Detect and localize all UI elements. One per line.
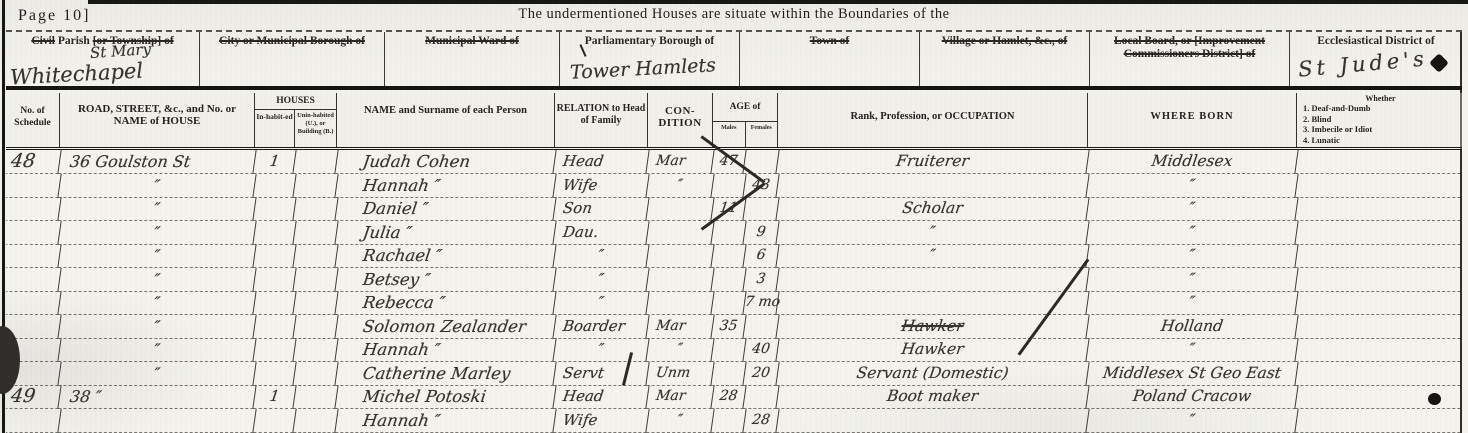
village-label: Village or Hamlet, &c., of [924,35,1085,48]
cell-uninhabited [293,268,338,292]
cell-road: ″ [58,244,256,268]
cell-uninhabited [293,409,338,433]
cell-relation: ″ [553,244,649,268]
cell-relation: Wife [553,409,649,433]
cell-condition: ″ [646,409,714,433]
municipal-ward-label: Municipal Ward of [389,35,555,48]
cell-condition: ″ [646,338,714,362]
cell-inhabited [253,362,296,386]
cell-name: Hannah ″ [335,409,556,433]
cell-born: ″ [1086,197,1298,221]
cell-age_f: 9 [743,221,779,245]
cell-uninhabited [293,244,338,268]
cell-schedule [6,268,62,292]
cell-inhabited [253,338,296,362]
cell-uninhabited [293,174,338,198]
cell-inhabited [253,174,296,198]
cell-uninhabited [293,197,338,221]
cell-name: Daniel ″ [335,197,556,221]
disability-item-1: 1. Deaf-and-Dumb [1303,103,1458,114]
cell-relation: Head [553,150,649,174]
cell-born: ″ [1086,291,1298,315]
cell-condition: Mar [646,385,714,409]
civil-parish-label-pre: Civil [31,35,55,47]
cell-disability [1295,150,1462,174]
cell-condition: ″ [646,174,714,198]
cell-schedule: 48 [6,150,62,174]
cell-relation: Wife [553,174,649,198]
cell-name: Michel Potoski [335,385,556,409]
cell-disability [1295,244,1462,268]
cell-condition [646,244,714,268]
cell-schedule [6,244,62,268]
cell-condition [646,197,714,221]
col-header-uninhabited: Unin-habited (U.), or Building (B.) [295,110,336,147]
cell-born: ″ [1086,221,1298,245]
ink-blot [1428,393,1441,405]
cell-road: ″ [58,315,256,339]
cell-inhabited [253,315,296,339]
cell-age_m [711,174,746,198]
district-box-local-board: Local Board, or [Improvement Commissione… [1090,32,1290,86]
col-header-where-born: WHERE BORN [1088,93,1297,147]
cell-road: ″ [58,338,256,362]
cell-condition: Mar [646,315,714,339]
cell-occupation [776,291,1089,315]
disability-item-4: 4. Lunatic [1303,135,1458,146]
cell-inhabited: 1 [253,385,296,409]
cell-disability [1295,291,1462,315]
col-header-road: ROAD, STREET, &c., and No. or NAME of HO… [60,93,255,147]
cell-disability [1295,221,1462,245]
cell-schedule: 49 [6,385,62,409]
civil-parish-label-mid: Parish [58,35,90,47]
cell-born: Holland [1086,315,1298,339]
cell-disability [1295,409,1462,433]
town-label: Town of [744,35,915,48]
cell-name: Hannah ″ [335,338,556,362]
district-box-municipal-ward: Municipal Ward of [385,32,560,86]
cell-road: ″ [58,174,256,198]
cell-age_m [711,221,746,245]
disability-item-3: 3. Imbecile or Idiot [1303,124,1458,135]
cell-occupation [776,174,1089,198]
cell-name: Julia ″ [335,221,556,245]
cell-disability [1295,315,1462,339]
cell-age_f: 3 [743,268,779,292]
cell-occupation: Servant (Domestic) [776,362,1089,386]
cell-uninhabited [293,362,338,386]
cell-age_m: 28 [711,385,746,409]
cell-road: 38 ″ [58,385,256,409]
cell-disability [1295,362,1462,386]
col-header-occupation: Rank, Profession, or OCCUPATION [778,93,1088,147]
cell-born: ″ [1086,268,1298,292]
cell-inhabited [253,221,296,245]
cell-born: ″ [1086,409,1298,433]
col-header-females: Females [746,122,778,147]
cell-inhabited [253,244,296,268]
cell-road: ″ [58,362,256,386]
cell-age_f [743,385,779,409]
cell-age_f: 28 [743,409,779,433]
cell-born: ″ [1086,244,1298,268]
district-box-municipal-borough: City or Municipal Borough of [200,32,385,86]
cell-name: Hannah ″ [335,174,556,198]
page-heading: The undermentioned Houses are situate wi… [0,6,1468,23]
cell-relation: Son [553,197,649,221]
parliamentary-borough-label: Parliamentary Borough of [564,35,735,48]
col-header-houses-group: HOUSES In-habit-ed Unin-habited (U.), or… [255,93,337,147]
cell-age_f [743,197,779,221]
municipal-borough-label: City or Municipal Borough of [204,35,380,48]
cell-age_m [711,244,746,268]
cell-age_f: 20 [743,362,779,386]
cell-inhabited [253,409,296,433]
col-header-houses: HOUSES [255,93,336,107]
disability-item-2: 2. Blind [1303,114,1458,125]
cell-age_m [711,409,746,433]
cell-relation: Boarder [553,315,649,339]
cell-road [58,409,256,433]
cell-age_m: 47 [711,150,746,174]
cell-uninhabited [293,291,338,315]
cell-born: Middlesex St Geo East [1086,362,1298,386]
cell-occupation: Scholar [776,197,1089,221]
cell-uninhabited [293,315,338,339]
cell-schedule [6,409,62,433]
cell-inhabited [253,268,296,292]
ecclesiastical-label: Ecclesiastical District of [1294,35,1458,48]
cell-uninhabited [293,338,338,362]
cell-occupation [776,268,1089,292]
col-header-schedule: No. of Schedule [6,93,60,147]
cell-occupation: Hawker [776,338,1089,362]
col-header-relation: RELATION to Head of Family [555,93,648,147]
cell-name: Rachael ″ [335,244,556,268]
cell-condition: Unm [646,362,714,386]
cell-condition [646,291,714,315]
cell-relation: Servt [553,362,649,386]
cell-age_m: 35 [711,315,746,339]
cell-age_f [743,315,779,339]
cell-age_f: 7 mo [743,291,779,315]
district-box-civil-parish: Civil Parish [or Township] of St Mary Wh… [6,32,200,86]
cell-schedule [6,197,62,221]
cell-occupation: Boot maker [776,385,1089,409]
district-box-parliamentary-borough: Parliamentary Borough of Tower Hamlets [560,32,740,86]
cell-born: ″ [1086,174,1298,198]
cell-uninhabited [293,150,338,174]
cell-inhabited: 1 [253,150,296,174]
cell-uninhabited [293,385,338,409]
cell-inhabited [253,197,296,221]
cell-relation: Dau. [553,221,649,245]
cell-road: ″ [58,268,256,292]
cell-schedule [6,174,62,198]
cell-inhabited [253,291,296,315]
parliamentary-borough-value: Tower Hamlets [570,54,717,84]
disability-title: Whether [1303,94,1458,103]
cell-road: 36 Goulston St [58,150,256,174]
cell-name: Catherine Marley [335,362,556,386]
col-header-name: NAME and Surname of each Person [337,93,555,147]
cell-condition [646,268,714,292]
cell-road: ″ [58,197,256,221]
cell-occupation: ″ [776,221,1089,245]
cell-age_m [711,291,746,315]
col-header-inhabited: In-habit-ed [255,110,295,147]
cell-name: Judah Cohen [335,150,556,174]
cell-schedule [6,221,62,245]
cell-road: ″ [58,291,256,315]
cell-occupation: ″ [776,244,1089,268]
cell-schedule [6,291,62,315]
cell-disability [1295,268,1462,292]
cell-occupation [776,409,1089,433]
district-header-row: Civil Parish [or Township] of St Mary Wh… [6,30,1462,90]
cell-road: ″ [58,221,256,245]
district-box-village: Village or Hamlet, &c., of [920,32,1090,86]
cell-occupation: Fruiterer [776,150,1089,174]
cell-age_m [711,268,746,292]
district-box-town: Town of [740,32,920,86]
col-header-age: AGE of [713,93,777,113]
cell-disability [1295,174,1462,198]
cell-born: Poland Cracow [1086,385,1298,409]
civil-parish-value-line2: Whitechapel [9,59,143,90]
top-border-line [88,0,1468,4]
cell-age_f: 6 [743,244,779,268]
cell-relation: ″ [553,268,649,292]
cell-age_m [711,362,746,386]
census-scan-page: Page 10] The undermentioned Houses are s… [0,0,1468,433]
cell-age_f: 40 [743,338,779,362]
col-header-disability: Whether 1. Deaf-and-Dumb 2. Blind 3. Imb… [1297,93,1462,147]
col-header-age-group: AGE of Males Females [713,93,778,147]
cell-relation: Head [553,385,649,409]
col-header-males: Males [713,122,746,147]
cell-born: ″ [1086,338,1298,362]
cell-name: Betsey ″ [335,268,556,292]
cell-disability [1295,338,1462,362]
cell-age_m [711,338,746,362]
cell-name: Solomon Zealander [335,315,556,339]
cell-born: Middlesex [1086,150,1298,174]
cell-uninhabited [293,221,338,245]
cell-relation: ″ [553,338,649,362]
cell-condition: Mar [646,150,714,174]
cell-relation: ″ [553,291,649,315]
census-table-body: 4836 Goulston St1Judah CohenHeadMar47Fru… [6,150,1462,433]
census-table-header: No. of Schedule ROAD, STREET, &c., and N… [6,93,1462,150]
ecclesiastical-value: St Jude's [1297,46,1428,81]
cell-disability [1295,197,1462,221]
cell-name: Rebecca ″ [335,291,556,315]
local-board-label: Local Board, or [Improvement Commissione… [1094,35,1285,61]
